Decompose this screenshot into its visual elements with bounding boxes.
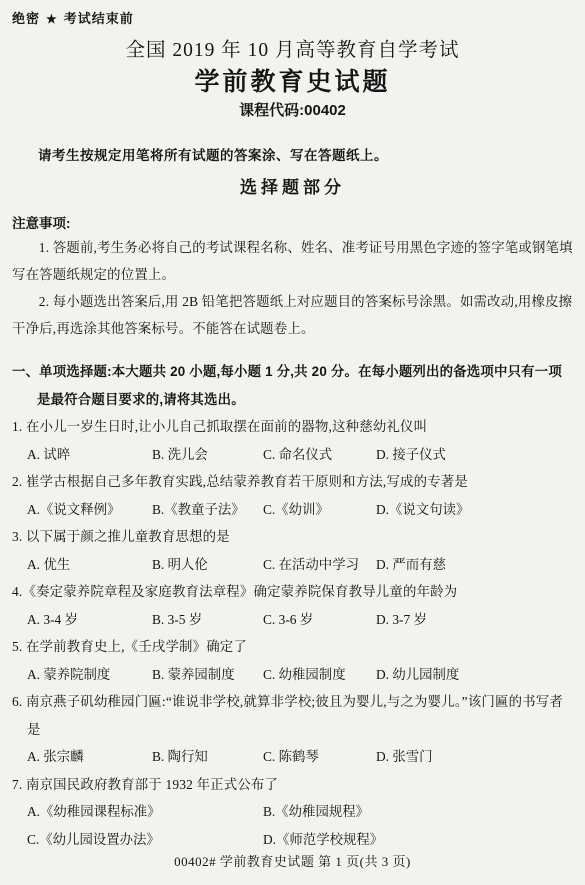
options-grid: A.《幼稚园课程标准》 B.《幼稚园规程》 C.《幼儿园设置办法》 D.《师范学… xyxy=(12,798,573,853)
option-b: B.《幼稚园规程》 xyxy=(263,798,573,826)
secrecy-label: 绝密 xyxy=(12,11,40,26)
note-item-1: 1. 答题前,考生务必将自己的考试课程名称、姓名、准考证号用黑色字迹的签字笔或钢… xyxy=(12,234,573,288)
option-c: C. 陈鹤琴 xyxy=(263,743,376,771)
options-row: A. 张宗麟 B. 陶行知 C. 陈鹤琴 D. 张雪门 xyxy=(12,743,573,771)
options-row: A. 优生 B. 明人伦 C. 在活动中学习 D. 严而有慈 xyxy=(12,551,573,579)
question-4: 4.《奏定蒙养院章程及家庭教育法章程》确定蒙养院保育教导儿童的年龄为 A. 3-… xyxy=(12,578,573,633)
paper-title: 学前教育史试题 xyxy=(12,66,573,98)
notes-title: 注意事项: xyxy=(12,214,573,234)
option-a: A. 优生 xyxy=(27,551,152,579)
page-footer: 00402# 学前教育史试题 第 1 页(共 3 页) xyxy=(0,853,585,871)
question-stem: 2. 崔学古根据自己多年教育实践,总结蒙养教育若干原则和方法,写成的专著是 xyxy=(12,468,573,496)
question-7: 7. 南京国民政府教育部于 1932 年正式公布了 A.《幼稚园课程标准》 B.… xyxy=(12,771,573,854)
options-row: A. 蒙养院制度 B. 蒙养园制度 C. 幼稚园制度 D. 幼儿园制度 xyxy=(12,661,573,689)
option-b: B. 洗儿会 xyxy=(152,441,263,469)
option-a: A. 张宗麟 xyxy=(27,743,152,771)
option-a: A.《说文释例》 xyxy=(27,496,152,524)
option-a: A. 蒙养院制度 xyxy=(27,661,152,689)
section-title: 选择题部分 xyxy=(12,176,573,200)
question-3: 3. 以下属于颜之推儿童教育思想的是 A. 优生 B. 明人伦 C. 在活动中学… xyxy=(12,523,573,578)
option-d: D. 幼儿园制度 xyxy=(376,661,573,689)
option-d: D. 张雪门 xyxy=(376,743,573,771)
question-2: 2. 崔学古根据自己多年教育实践,总结蒙养教育若干原则和方法,写成的专著是 A.… xyxy=(12,468,573,523)
option-d: D.《说文句读》 xyxy=(376,496,573,524)
option-c: C. 命名仪式 xyxy=(263,441,376,469)
option-b: B. 3-5 岁 xyxy=(152,606,263,634)
question-6: 6. 南京燕子矶幼稚园门匾:“谁说非学校,就算非学校;彼且为婴儿,与之为婴儿。”… xyxy=(12,688,573,771)
question-5: 5. 在学前教育史上,《壬戌学制》确定了 A. 蒙养院制度 B. 蒙养园制度 C… xyxy=(12,633,573,688)
option-b: B.《教童子法》 xyxy=(152,496,263,524)
option-c: C.《幼训》 xyxy=(263,496,376,524)
question-stem: 4.《奏定蒙养院章程及家庭教育法章程》确定蒙养院保育教导儿童的年龄为 xyxy=(12,578,573,606)
course-code: 课程代码:00402 xyxy=(12,100,573,122)
option-d: D.《师范学校规程》 xyxy=(263,826,573,854)
option-a: A.《幼稚园课程标准》 xyxy=(27,798,263,826)
question-1: 1. 在小儿一岁生日时,让小儿自己抓取摆在面前的器物,这种慈幼礼仪叫 A. 试晬… xyxy=(12,413,573,468)
option-a: A. 试晬 xyxy=(27,441,152,469)
option-b: B. 蒙养园制度 xyxy=(152,661,263,689)
option-c: C. 在活动中学习 xyxy=(263,551,376,579)
question-stem: 1. 在小儿一岁生日时,让小儿自己抓取摆在面前的器物,这种慈幼礼仪叫 xyxy=(12,413,573,441)
exam-session-title: 全国 2019 年 10 月高等教育自学考试 xyxy=(12,38,573,64)
note-item-2: 2. 每小题选出答案后,用 2B 铅笔把答题纸上对应题目的答案标号涂黑。如需改动… xyxy=(12,288,573,342)
secrecy-line: 绝密★考试结束前 xyxy=(12,10,573,28)
option-b: B. 明人伦 xyxy=(152,551,263,579)
options-row: A. 3-4 岁 B. 3-5 岁 C. 3-6 岁 D. 3-7 岁 xyxy=(12,606,573,634)
part-one-heading: 一、单项选择题:本大题共 20 小题,每小题 1 分,共 20 分。在每小题列出… xyxy=(12,358,573,413)
option-d: D. 严而有慈 xyxy=(376,551,573,579)
question-stem: 6. 南京燕子矶幼稚园门匾:“谁说非学校,就算非学校;彼且为婴儿,与之为婴儿。”… xyxy=(12,688,573,743)
option-c: C. 3-6 岁 xyxy=(263,606,376,634)
option-d: D. 3-7 岁 xyxy=(376,606,573,634)
exam-paper-page: 绝密★考试结束前 全国 2019 年 10 月高等教育自学考试 学前教育史试题 … xyxy=(0,0,585,885)
option-b: B. 陶行知 xyxy=(152,743,263,771)
option-d: D. 接子仪式 xyxy=(376,441,573,469)
question-stem: 5. 在学前教育史上,《壬戌学制》确定了 xyxy=(12,633,573,661)
question-stem: 7. 南京国民政府教育部于 1932 年正式公布了 xyxy=(12,771,573,799)
answer-sheet-instruction: 请考生按规定用笔将所有试题的答案涂、写在答题纸上。 xyxy=(12,146,573,166)
before-exam-label: 考试结束前 xyxy=(64,11,134,26)
star-icon: ★ xyxy=(40,12,64,26)
option-c: C. 幼稚园制度 xyxy=(263,661,376,689)
question-stem: 3. 以下属于颜之推儿童教育思想的是 xyxy=(12,523,573,551)
option-a: A. 3-4 岁 xyxy=(27,606,152,634)
option-c: C.《幼儿园设置办法》 xyxy=(27,826,263,854)
options-row: A.《说文释例》 B.《教童子法》 C.《幼训》 D.《说文句读》 xyxy=(12,496,573,524)
options-row: A. 试晬 B. 洗儿会 C. 命名仪式 D. 接子仪式 xyxy=(12,441,573,469)
